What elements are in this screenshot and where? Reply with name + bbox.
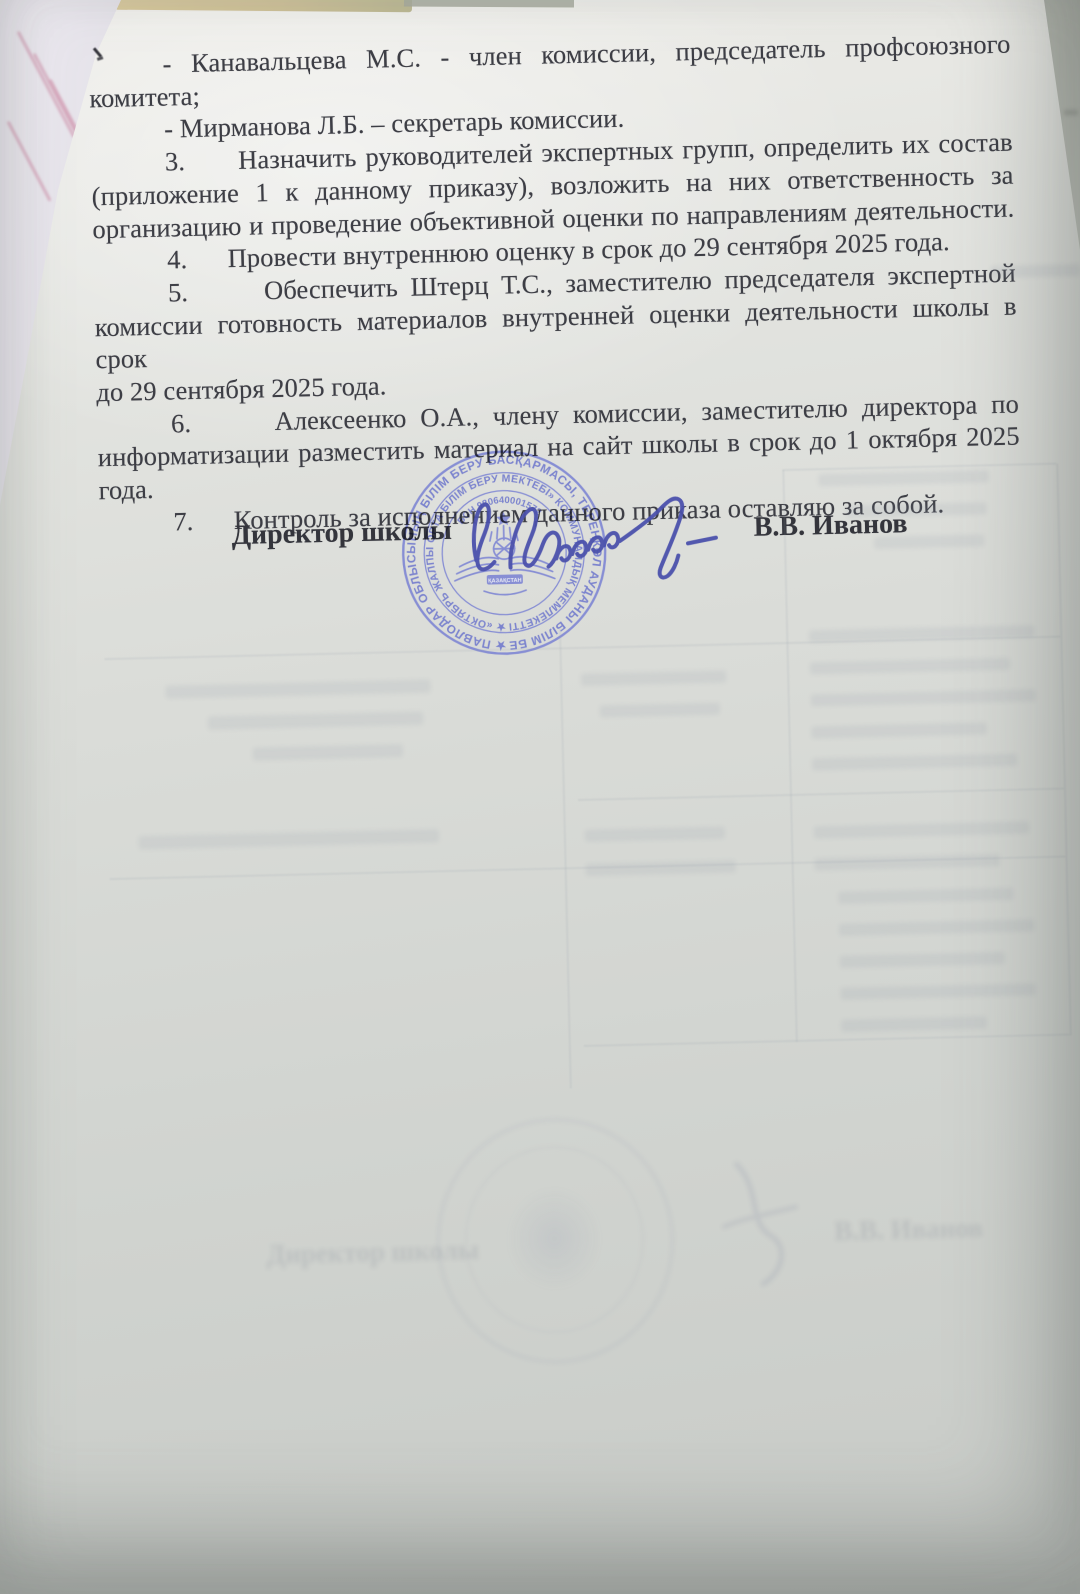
document-photo: - Канавальцева М.С. - член комиссии, пре… bbox=[0, 0, 1080, 1594]
bleed-through-text bbox=[812, 754, 1017, 771]
bleed-through-text bbox=[139, 829, 439, 849]
bleed-through-line bbox=[782, 470, 797, 1042]
bleed-through-line bbox=[1056, 464, 1071, 1036]
bleed-through-line bbox=[559, 628, 571, 1088]
bleed-through-text bbox=[586, 860, 736, 876]
bleed-through-text bbox=[585, 827, 725, 842]
bleed-through-text bbox=[811, 722, 986, 738]
bleed-through-text bbox=[811, 689, 1036, 706]
bleed-through-text bbox=[253, 744, 403, 761]
bleed-through-text bbox=[600, 703, 720, 718]
bleed-through-text bbox=[814, 821, 1029, 838]
ghost-name: В.В. Иванов bbox=[834, 1213, 983, 1247]
bleed-through-text bbox=[581, 670, 726, 685]
bleed-through-text bbox=[840, 952, 1005, 968]
bleed-through-line bbox=[578, 788, 1064, 801]
signature-ink-icon bbox=[463, 491, 723, 592]
ghost-role-label: Директор школы bbox=[266, 1234, 479, 1270]
bleed-through-text bbox=[991, 264, 1080, 278]
signature-row: Директор школы ★ ПАВЛОДАР ОБЛЫСЫНЫҢ БІЛІ… bbox=[0, 0, 1079, 1]
bleed-through-text bbox=[814, 854, 999, 870]
bleed-through-text bbox=[165, 679, 430, 698]
bleed-through-text bbox=[841, 983, 1036, 1000]
ghost-signature bbox=[702, 1154, 835, 1297]
bleed-through-text bbox=[874, 534, 984, 549]
bleed-through-text bbox=[208, 712, 423, 730]
bleed-through-text bbox=[839, 919, 1034, 936]
page-content: - Канавальцева М.С. - член комиссии, пре… bbox=[0, 0, 1080, 1594]
bleed-through-line bbox=[584, 1033, 1070, 1046]
bleed-through-text bbox=[810, 658, 1010, 675]
bleed-through-text bbox=[838, 888, 1013, 904]
bleed-through-text bbox=[841, 1016, 986, 1031]
